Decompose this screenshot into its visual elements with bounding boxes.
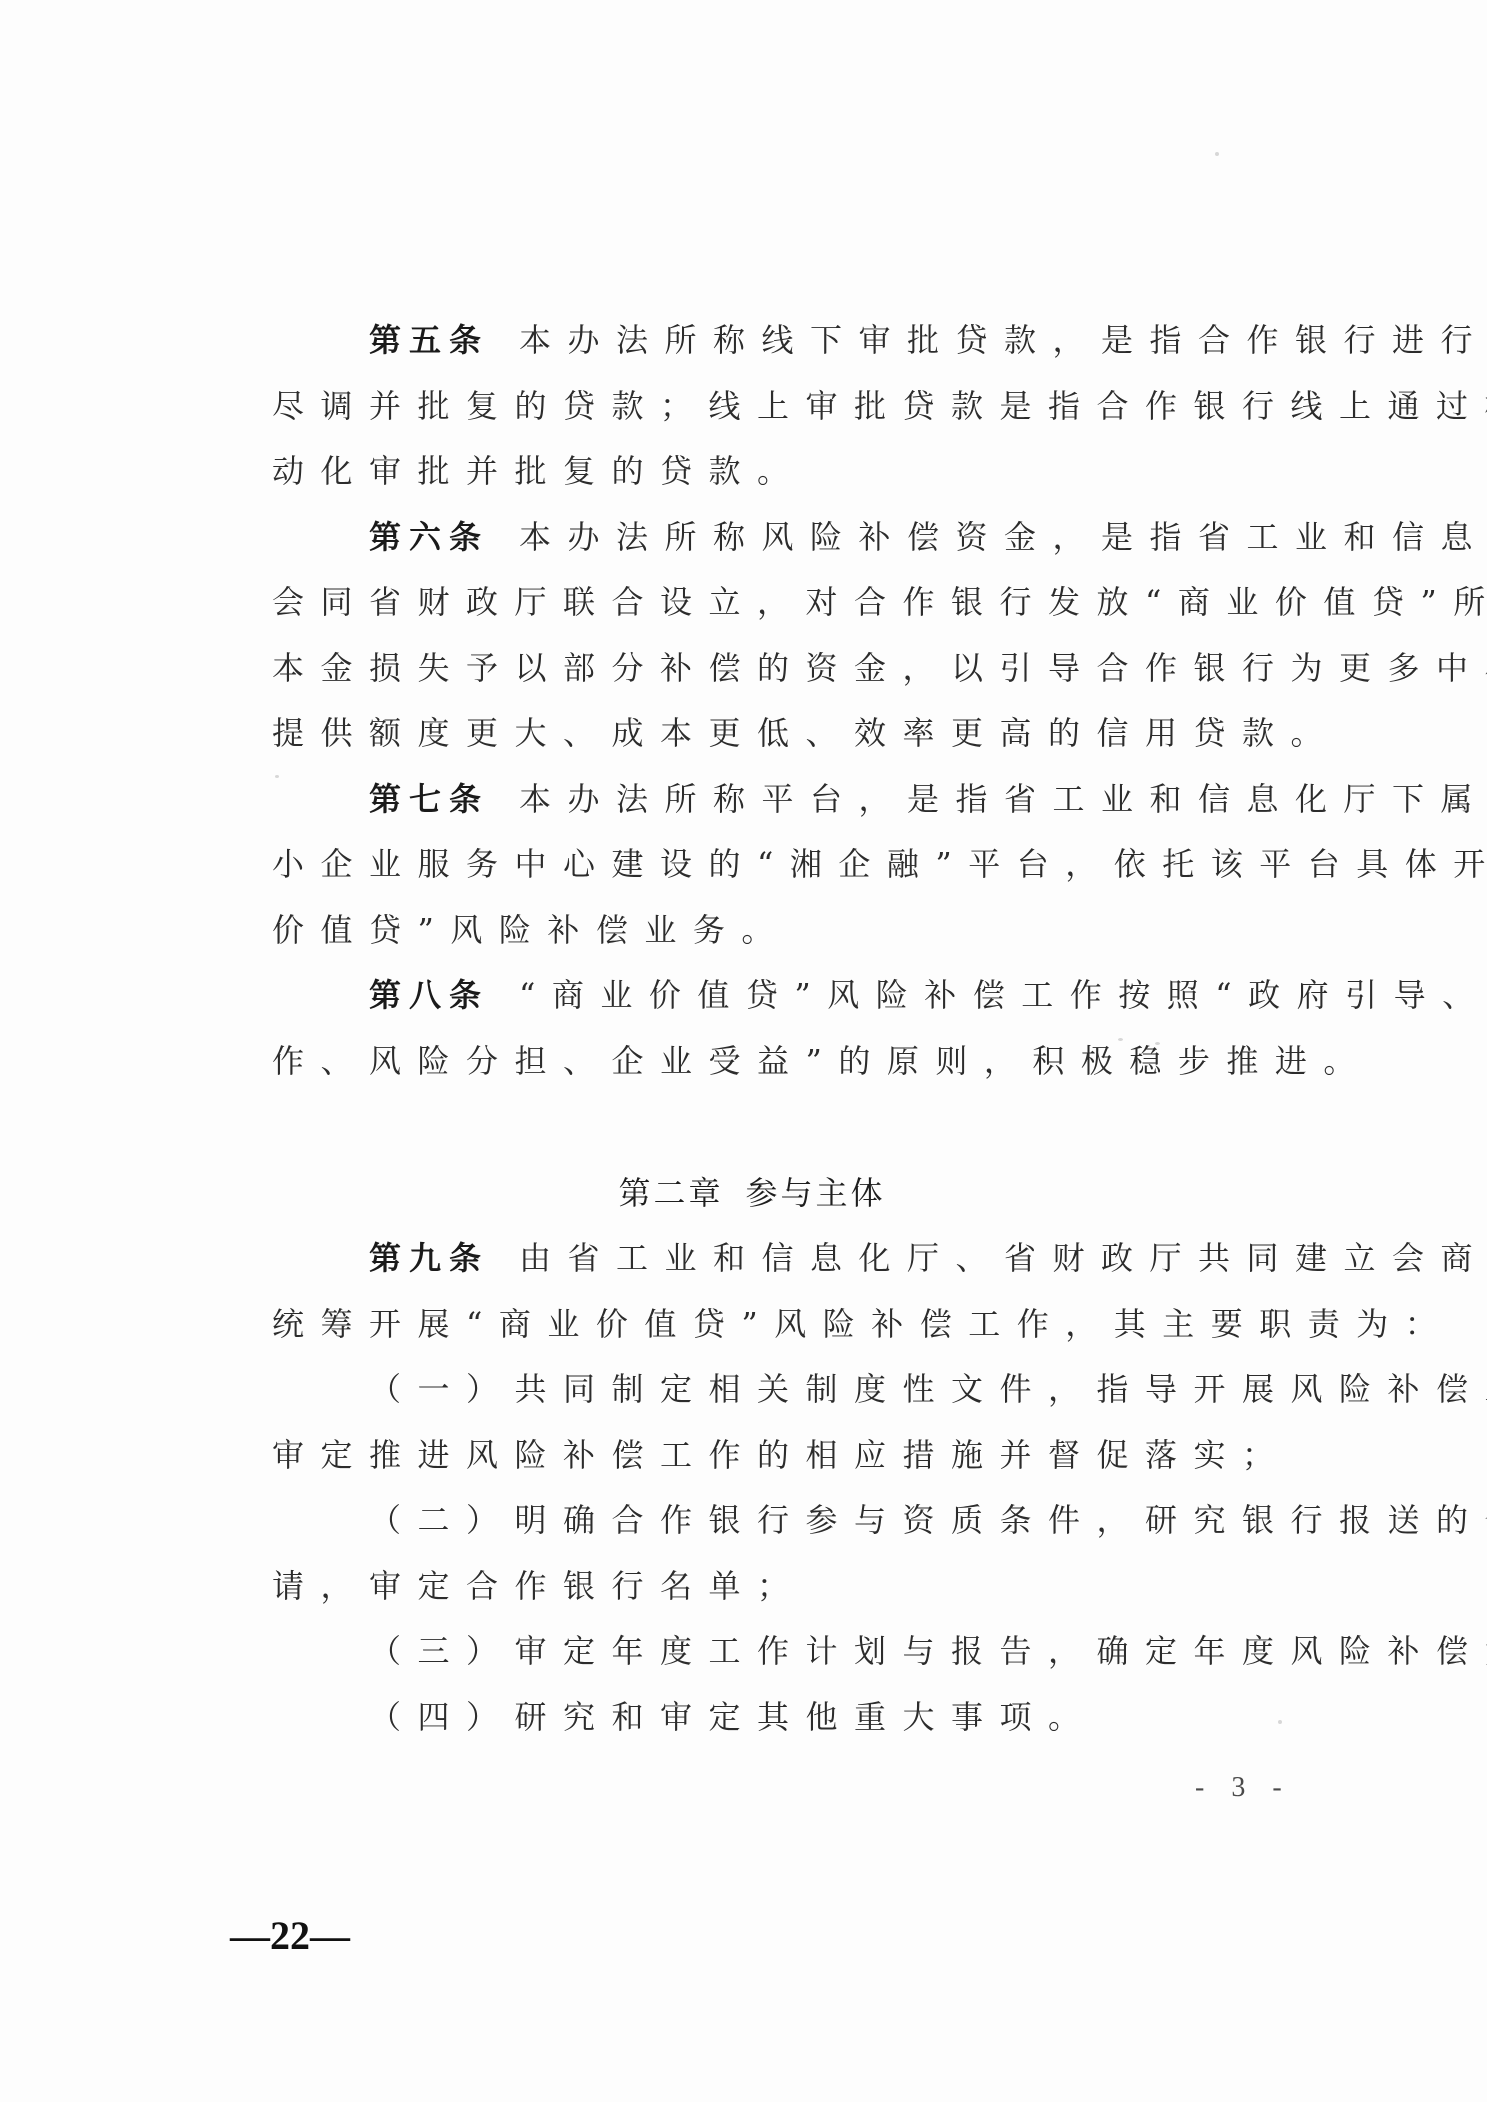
scan-speck (1155, 1042, 1160, 1045)
outer-page-number: —22— (230, 1912, 350, 1959)
article-7-line-2: 小企业服务中心建设的“湘企融”平台，依托该平台具体开展“商业 (272, 832, 1252, 898)
article-7-text: 本办法所称平台，是指省工业和信息化厅下属省中 (519, 780, 1487, 818)
article-6-line-3: 本金损失予以部分补偿的资金，以引导合作银行为更多中小企业 (272, 636, 1252, 702)
article-6-line-4: 提供额度更大、成本更低、效率更高的信用贷款。 (272, 701, 1252, 767)
article-6-line-2: 会同省财政厅联合设立，对合作银行发放“商业价值贷”所产生的 (272, 570, 1252, 636)
article-6-label: 第六条 (369, 518, 489, 556)
inner-page-number: - 3 - (1195, 1772, 1292, 1804)
article-9-item-1-line-2: 审定推进风险补偿工作的相应措施并督促落实； (272, 1423, 1252, 1489)
scan-speck (1215, 152, 1219, 156)
article-8-line-2: 作、风险分担、企业受益”的原则，积极稳步推进。 (272, 1029, 1252, 1095)
article-5-line-2: 尽调并批复的贷款；线上审批贷款是指合作银行线上通过模型自 (272, 374, 1252, 440)
article-9-item-2-line-1: （二）明确合作银行参与资质条件，研究银行报送的合作申 (272, 1488, 1252, 1554)
article-8-text: “商业价值贷”风险补偿工作按照“政府引导、市场运 (519, 976, 1487, 1014)
article-9-item-3-line-1: （三）审定年度工作计划与报告，确定年度风险补偿资金总额； (272, 1619, 1252, 1685)
article-5-line-3: 动化审批并批复的贷款。 (272, 439, 1252, 505)
document-page: 第五条本办法所称线下审批贷款，是指合作银行进行线下 尽调并批复的贷款；线上审批贷… (0, 0, 1487, 2102)
article-9-item-1-line-1: （一）共同制定相关制度性文件，指导开展风险补偿工作， (272, 1357, 1252, 1423)
article-7-line-3: 价值贷”风险补偿业务。 (272, 898, 1252, 964)
article-5-text: 本办法所称线下审批贷款，是指合作银行进行线下 (519, 321, 1487, 359)
article-9-line-1: 第九条由省工业和信息化厅、省财政厅共同建立会商机制， (272, 1226, 1252, 1292)
article-5-label: 第五条 (369, 321, 489, 359)
chapter-heading: 第二章参与主体 (272, 1160, 1252, 1226)
article-7-label: 第七条 (369, 780, 489, 818)
article-9-item-4-line-1: （四）研究和审定其他重大事项。 (272, 1685, 1252, 1751)
scan-speck (275, 775, 279, 778)
article-6-line-1: 第六条本办法所称风险补偿资金，是指省工业和信息化厅 (272, 505, 1252, 571)
chapter-title: 参与主体 (746, 1174, 886, 1212)
article-6-text: 本办法所称风险补偿资金，是指省工业和信息化厅 (519, 518, 1487, 556)
scan-speck (1278, 1720, 1282, 1724)
article-9-text: 由省工业和信息化厅、省财政厅共同建立会商机制， (519, 1239, 1487, 1277)
article-5-line-1: 第五条本办法所称线下审批贷款，是指合作银行进行线下 (272, 308, 1252, 374)
scan-speck (1118, 1038, 1123, 1041)
article-9-line-2: 统筹开展“商业价值贷”风险补偿工作，其主要职责为： (272, 1292, 1252, 1358)
chapter-number: 第二章 (618, 1174, 723, 1212)
document-body: 第五条本办法所称线下审批贷款，是指合作银行进行线下 尽调并批复的贷款；线上审批贷… (272, 308, 1252, 1750)
article-9-label: 第九条 (369, 1239, 489, 1277)
article-9-item-2-line-2: 请，审定合作银行名单； (272, 1554, 1252, 1620)
chapter-spacer (272, 1094, 1252, 1160)
article-7-line-1: 第七条本办法所称平台，是指省工业和信息化厅下属省中 (272, 767, 1252, 833)
article-8-label: 第八条 (369, 976, 489, 1014)
article-8-line-1: 第八条“商业价值贷”风险补偿工作按照“政府引导、市场运 (272, 963, 1252, 1029)
